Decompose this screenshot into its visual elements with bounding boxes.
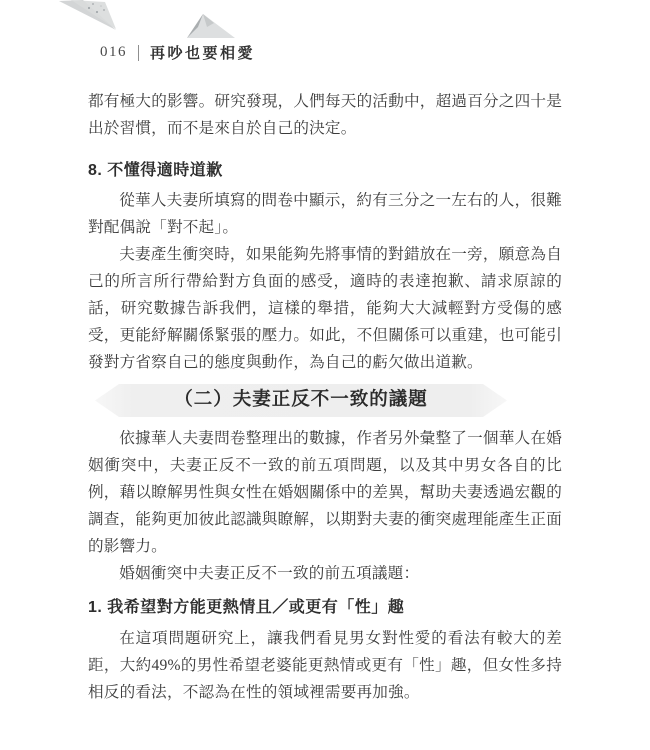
- page-body: 都有極大的影響。研究發現，人們每天的活動中，超過百分之四十是出於習慣，而不是來自…: [88, 88, 562, 706]
- book-page: 016 再吵也要相愛 都有極大的影響。研究發現，人們每天的活動中，超過百分之四十…: [0, 0, 650, 750]
- page-number: 016: [100, 44, 127, 61]
- triangle-speckled-icon: [59, 0, 117, 31]
- paragraph: 婚姻衝突中夫妻正反不一致的前五項議題：: [88, 560, 562, 587]
- triangle-icon: [183, 14, 235, 40]
- paragraph: 依據華人夫妻問卷整理出的數據，作者另外彙整了一個華人在婚姻衝突中，夫妻正反不一致…: [88, 425, 562, 560]
- page-header: 016 再吵也要相愛: [100, 42, 255, 63]
- paragraph-intro: 都有極大的影響。研究發現，人們每天的活動中，超過百分之四十是出於習慣，而不是來自…: [88, 88, 562, 142]
- section-title: （二）夫妻正反不一致的議題: [174, 390, 428, 410]
- corner-decoration-triangle-right: [183, 14, 235, 45]
- corner-decoration-triangle-left: [59, 0, 117, 36]
- subsection-heading-8: 8. 不懂得適時道歉: [88, 160, 562, 182]
- header-divider: [138, 45, 139, 61]
- paragraph: 從華人夫妻所填寫的問卷中顯示，約有三分之一左右的人，很難對配偶說「對不起」。: [88, 187, 562, 241]
- paragraph: 夫妻產生衝突時，如果能夠先將事情的對錯放在一旁，願意為自己的所言所行帶給對方負面…: [88, 241, 562, 376]
- section-banner: （二）夫妻正反不一致的議題: [95, 384, 507, 417]
- subsection-heading-1: 1. 我希望對方能更熱情且／或更有「性」趣: [88, 597, 562, 619]
- book-title: 再吵也要相愛: [150, 42, 255, 63]
- paragraph: 在這項問題研究上，讓我們看見男女對性愛的看法有較大的差距，大約49%的男性希望老…: [88, 625, 562, 706]
